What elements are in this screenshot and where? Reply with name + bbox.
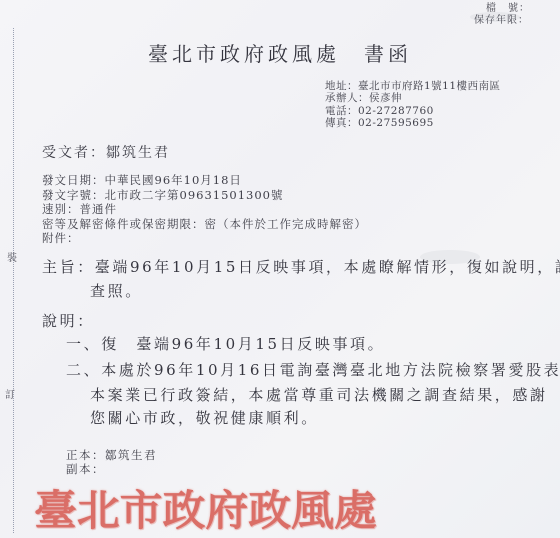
agency-contact-block: 地址：臺北市市府路1號11樓西南區 承辦人：侯彥伸 電話：02-27287760… <box>325 80 501 129</box>
binding-dotted-line <box>13 28 14 533</box>
explanation-item-2-line-2: 本案業已行政簽結，本處當尊重司法機關之調查結果，感謝 <box>90 384 548 405</box>
explanation-label: 說明： <box>42 310 95 331</box>
scan-artifact <box>470 12 520 22</box>
document-title: 臺北市政府政風處 書函 <box>0 38 560 67</box>
document-meta-block: 發文日期：中華民國96年10月18日 發文字號：北市政二字第0963150130… <box>42 173 367 246</box>
duplicate-copy-line: 副本： <box>66 461 105 477</box>
scan-artifact <box>420 250 480 264</box>
explanation-item-2-line-1: 二、本處於96年10月16日電詢臺灣臺北地方法院檢察署愛股表示， <box>66 359 560 380</box>
explanation-item-2-line-3: 您關心市政，敬祝健康順利。 <box>90 407 319 428</box>
issue-number-line: 發文字號：北市政二字第09631501300號 <box>42 188 367 203</box>
security-class-line: 密等及解密條件或保密期限：密（本件於工作完成時解密） <box>42 217 367 232</box>
recipient-line: 受文者：鄒筑生君 <box>42 142 170 162</box>
subject-line-1: 主旨：臺端96年10月15日反映事項，本處瞭解情形，復如說明，請 <box>42 256 560 277</box>
scanned-letter-page: 裝 訂 檔 號： 保存年限： 臺北市政府政風處 書函 地址：臺北市市府路1號11… <box>0 0 560 538</box>
issue-date-line: 發文日期：中華民國96年10月18日 <box>42 173 367 188</box>
subject-line-2: 查照。 <box>90 280 143 301</box>
binding-mark-zhuang: 裝 <box>7 249 17 264</box>
contact-person: 承辦人：侯彥伸 <box>325 92 501 104</box>
explanation-item-1: 一、復 臺端96年10月15日反映事項。 <box>66 333 385 354</box>
attachment-line: 附件： <box>42 231 367 246</box>
agency-red-stamp: 臺北市政府政風處 <box>34 478 377 538</box>
agency-address: 地址：臺北市市府路1號11樓西南區 <box>325 80 501 92</box>
contact-phone: 電話：02-27287760 <box>325 105 501 117</box>
speed-class-line: 速別：普通件 <box>42 202 367 217</box>
contact-fax: 傳真：02-27595695 <box>325 117 501 129</box>
binding-mark-ding: 訂 <box>5 386 15 401</box>
